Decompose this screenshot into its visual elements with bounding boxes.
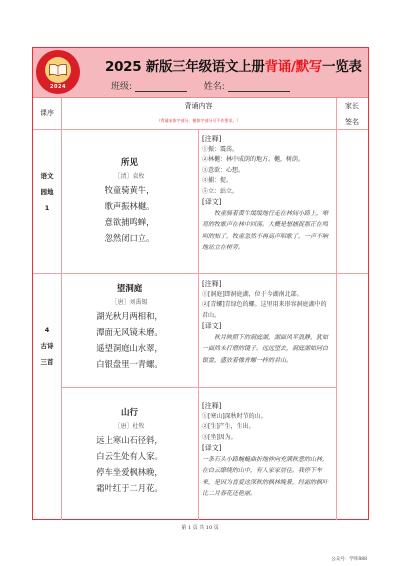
school-logo: 2024: [36, 50, 80, 94]
poem-line: 湖光秋月两相和，: [61, 308, 198, 324]
page-number: 第 1 页 共 10 页: [0, 524, 400, 531]
poem-author: ［唐］杜牧: [61, 421, 198, 430]
title-prefix: 2025 新版三年级语文上册: [105, 59, 265, 75]
note-item: ③[坐]因为。: [202, 433, 332, 444]
poem-suojian: 所见 ［清］袁枚 牧童骑黄牛， 歌声振林樾。 意欲捕鸣蝉， 忽然闭口立。: [61, 156, 198, 246]
note-item: ①[寒山]深秋时节的山。: [202, 412, 332, 423]
lesson-label: 语文 园地 1: [33, 168, 61, 216]
column-header-sign: 家长 签名: [336, 101, 368, 127]
lesson-line: 语文: [33, 168, 61, 184]
poem-line: 潭面无风镜未磨。: [61, 324, 198, 340]
poem-line: 停车坐爱枫林晚，: [61, 464, 198, 480]
poem-line: 白云生处有人家。: [61, 448, 198, 464]
poem-line: 歌声振林樾。: [61, 198, 198, 214]
page-title: 2025 新版三年级语文上册背诵/默写一览表: [105, 55, 362, 75]
parent-signature-cell[interactable]: [337, 130, 368, 273]
poem-shanxing: 山行 ［唐］杜牧 远上寒山石径斜， 白云生处有人家。 停车坐爱枫林晚， 霜叶红于…: [61, 406, 198, 496]
poem-line: 白银盘里一青螺。: [61, 356, 198, 372]
class-label: 班级:: [111, 82, 132, 92]
poem-author: ［清］袁枚: [61, 171, 198, 180]
poem-line: 霜叶红于二月花。: [61, 480, 198, 496]
notes-label: [注释]: [202, 401, 332, 412]
lesson-line: 1: [33, 200, 61, 216]
note-item: ②[青螺]青绿色的螺。这里用来形容洞庭湖中的君山。: [202, 300, 332, 321]
class-field[interactable]: [135, 82, 187, 92]
note-item: ②[生]产生，生出。: [202, 422, 332, 433]
poem-line: 遥望洞庭山水翠，: [61, 340, 198, 356]
divider: [33, 273, 368, 274]
note-item: ①[洞庭]即洞庭湖，位于今湖南北部。: [202, 290, 332, 301]
notes-label: [注释]: [202, 134, 332, 145]
book-icon: [49, 64, 67, 76]
lesson-line: 三首: [33, 354, 61, 370]
sign-header-line2: 签名: [336, 117, 368, 127]
poem-notes: [注释] ①[寒山]深秋时节的山。 ②[生]产生，生出。 ③[坐]因为。 [译文…: [198, 398, 336, 500]
lesson-line: 古诗: [33, 338, 61, 354]
account-label: 公众号：学库888: [331, 556, 367, 562]
logo-center: [45, 57, 71, 83]
title-suffix: 一览表: [322, 59, 362, 75]
translation-label: [译文]: [202, 197, 332, 208]
name-label: 姓名:: [204, 82, 225, 92]
logo-year: 2024: [36, 84, 80, 90]
note-item: ⑤立：站立。: [202, 187, 332, 198]
translation-label: [译文]: [202, 443, 332, 454]
translation-text: 一条石头小路蜿蜒曲折地伸向充满秋意的山林，在白云缭绕的山中，有人家家居住。我停下…: [202, 454, 332, 500]
title-highlight: 背诵/默写: [265, 59, 322, 75]
poem-title: 山行: [61, 406, 198, 418]
lesson-line: 园地: [33, 184, 61, 200]
translation-label: [译文]: [202, 321, 332, 332]
worksheet-page: 2024 2025 新版三年级语文上册背诵/默写一览表 班级: 姓名: 课序 背…: [32, 47, 369, 520]
poem-author: ［唐］刘禹锡: [61, 297, 198, 306]
poem-line: 远上寒山石径斜，: [61, 432, 198, 448]
poem-title: 望洞庭: [61, 282, 198, 294]
divider: [33, 129, 368, 130]
student-fields: 班级: 姓名:: [111, 79, 304, 92]
poem-line: 意欲捕鸣蝉，: [61, 214, 198, 230]
sign-header-line1: 家长: [336, 101, 368, 111]
column-header-content: 背诵内容: [61, 101, 336, 111]
poem-wangdongting: 望洞庭 ［唐］刘禹锡 湖光秋月两相和， 潭面无风镜未磨。 遥望洞庭山水翠， 白银…: [61, 282, 198, 372]
content-requirement-note: （背诵宋体字部分，楷体字部分可不作要求。）: [61, 118, 336, 124]
notes-label: [注释]: [202, 279, 332, 290]
poem-line: 忽然闭口立。: [61, 230, 198, 246]
note-item: ④捕：捉。: [202, 176, 332, 187]
parent-signature-cell[interactable]: [337, 274, 368, 520]
poem-notes: [注释] ①[洞庭]即洞庭湖，位于今湖南北部。 ②[青螺]青绿色的螺。这里用来形…: [198, 276, 336, 366]
lesson-line: 4: [33, 322, 61, 338]
poem-title: 所见: [61, 156, 198, 168]
column-header-lesson: 课序: [33, 108, 61, 118]
translation-text: 秋月映照下的洞庭湖，湖面风平浪静，犹如一面尚未打磨的镜子。远远望去，洞庭湖如同白…: [202, 332, 332, 367]
note-item: ③意欲：心想。: [202, 166, 332, 177]
divider: [61, 387, 336, 388]
note-item: ②林樾：林中成荫的地方。樾，树荫。: [202, 155, 332, 166]
translation-text: 牧童骑着黄牛缓缓地行走在林间小路上，嘹亮的牧歌声在林中回荡。大概是想捕捉那正在鸣…: [202, 208, 332, 254]
lesson-label: 4 古诗 三首: [33, 322, 61, 370]
poem-line: 牧童骑黄牛，: [61, 182, 198, 198]
poem-notes: [注释] ①振：震荡。 ②林樾：林中成荫的地方。樾，树荫。 ③意欲：心想。 ④捕…: [198, 131, 336, 254]
note-item: ①振：震荡。: [202, 145, 332, 156]
name-field[interactable]: [228, 82, 290, 92]
header-banner: 2024 2025 新版三年级语文上册背诵/默写一览表 班级: 姓名:: [33, 48, 368, 98]
